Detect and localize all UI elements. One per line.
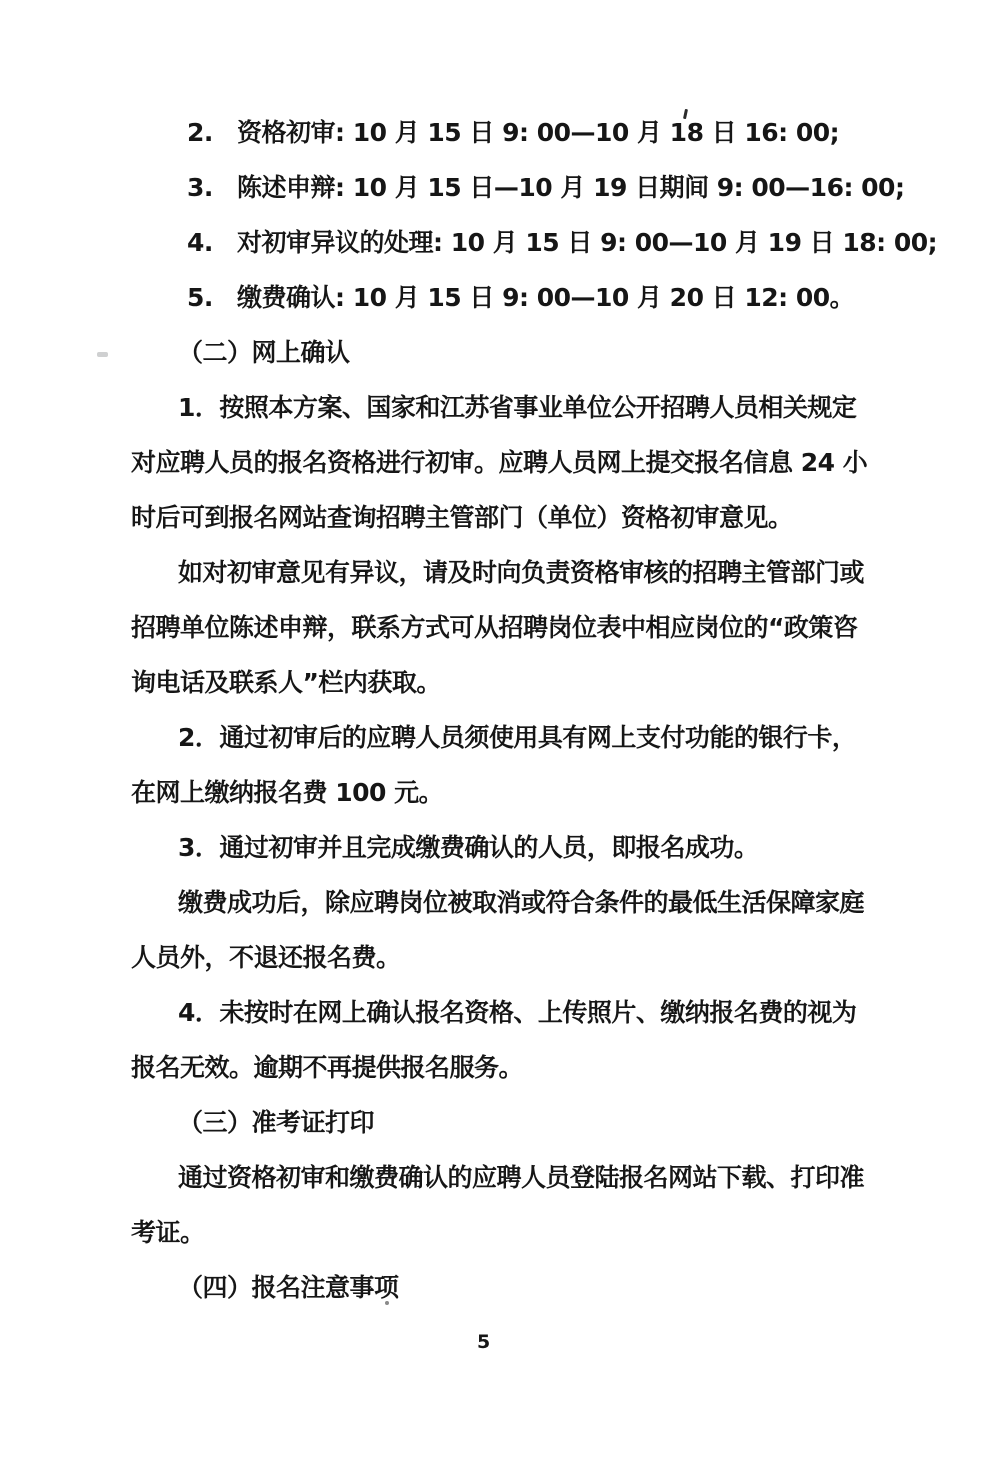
list-item-number: 3. (187, 160, 237, 215)
paragraph-line: 考证。 (131, 1205, 876, 1260)
list-item-text: 陈述申辩: 10 月 15 日—10 月 19 日期间 9: 00—16: 00… (237, 173, 904, 202)
scan-artifact (385, 1301, 389, 1305)
paragraph-line: 在网上缴纳报名费 100 元。 (131, 765, 876, 820)
section-heading: （三）准考证打印 (131, 1095, 876, 1150)
paragraph-line: 缴费成功后，除应聘岗位被取消或符合条件的最低生活保障家庭 (131, 875, 876, 930)
paragraph-line: 人员外，不退还报名费。 (131, 930, 876, 985)
paragraph-line: 通过资格初审和缴费确认的应聘人员登陆报名网站下载、打印准 (131, 1150, 876, 1205)
list-item-text: 对初审异议的处理: 10 月 15 日 9: 00—10 月 19 日 18: … (237, 228, 937, 257)
paragraph-line: 2．通过初审后的应聘人员须使用具有网上支付功能的银行卡， (131, 710, 876, 765)
scan-artifact (97, 352, 108, 357)
paragraph-line: 1．按照本方案、国家和江苏省事业单位公开招聘人员相关规定 (131, 380, 876, 435)
paragraph-line: 3．通过初审并且完成缴费确认的人员，即报名成功。 (131, 820, 876, 875)
list-item: 5.缴费确认: 10 月 15 日 9: 00—10 月 20 日 12: 00… (131, 270, 876, 325)
list-item: 3.陈述申辩: 10 月 15 日—10 月 19 日期间 9: 00—16: … (131, 160, 876, 215)
paragraph-line: 报名无效。逾期不再提供报名服务。 (131, 1040, 876, 1095)
list-item-number: 4. (187, 215, 237, 270)
list-item-text: 缴费确认: 10 月 15 日 9: 00—10 月 20 日 12: 00。 (237, 283, 854, 312)
paragraph-line: 4．未按时在网上确认报名资格、上传照片、缴纳报名费的视为 (131, 985, 876, 1040)
page-number: 5 (477, 1330, 490, 1354)
paragraph-line: 询电话及联系人”栏内获取。 (131, 655, 876, 710)
section-heading: （四）报名注意事项 (131, 1260, 876, 1315)
scanned-document-page: 2.资格初审: 10 月 15 日 9: 00—10 月 18 日 16: 00… (0, 0, 1000, 1460)
list-item-text: 资格初审: 10 月 15 日 9: 00—10 月 18 日 16: 00; (237, 118, 839, 147)
paragraph-line: 对应聘人员的报名资格进行初审。应聘人员网上提交报名信息 24 小 (131, 435, 876, 490)
text-block: 2.资格初审: 10 月 15 日 9: 00—10 月 18 日 16: 00… (131, 105, 876, 1315)
list-item: 2.资格初审: 10 月 15 日 9: 00—10 月 18 日 16: 00… (131, 105, 876, 160)
list-item-number: 2. (187, 105, 237, 160)
paragraph-line: 如对初审意见有异议，请及时向负责资格审核的招聘主管部门或 (131, 545, 876, 600)
list-item: 4.对初审异议的处理: 10 月 15 日 9: 00—10 月 19 日 18… (131, 215, 876, 270)
paragraph-line: 时后可到报名网站查询招聘主管部门（单位）资格初审意见。 (131, 490, 876, 545)
paragraph-line: 招聘单位陈述申辩，联系方式可从招聘岗位表中相应岗位的“政策咨 (131, 600, 876, 655)
list-item-number: 5. (187, 270, 237, 325)
section-heading: （二）网上确认 (131, 325, 876, 380)
